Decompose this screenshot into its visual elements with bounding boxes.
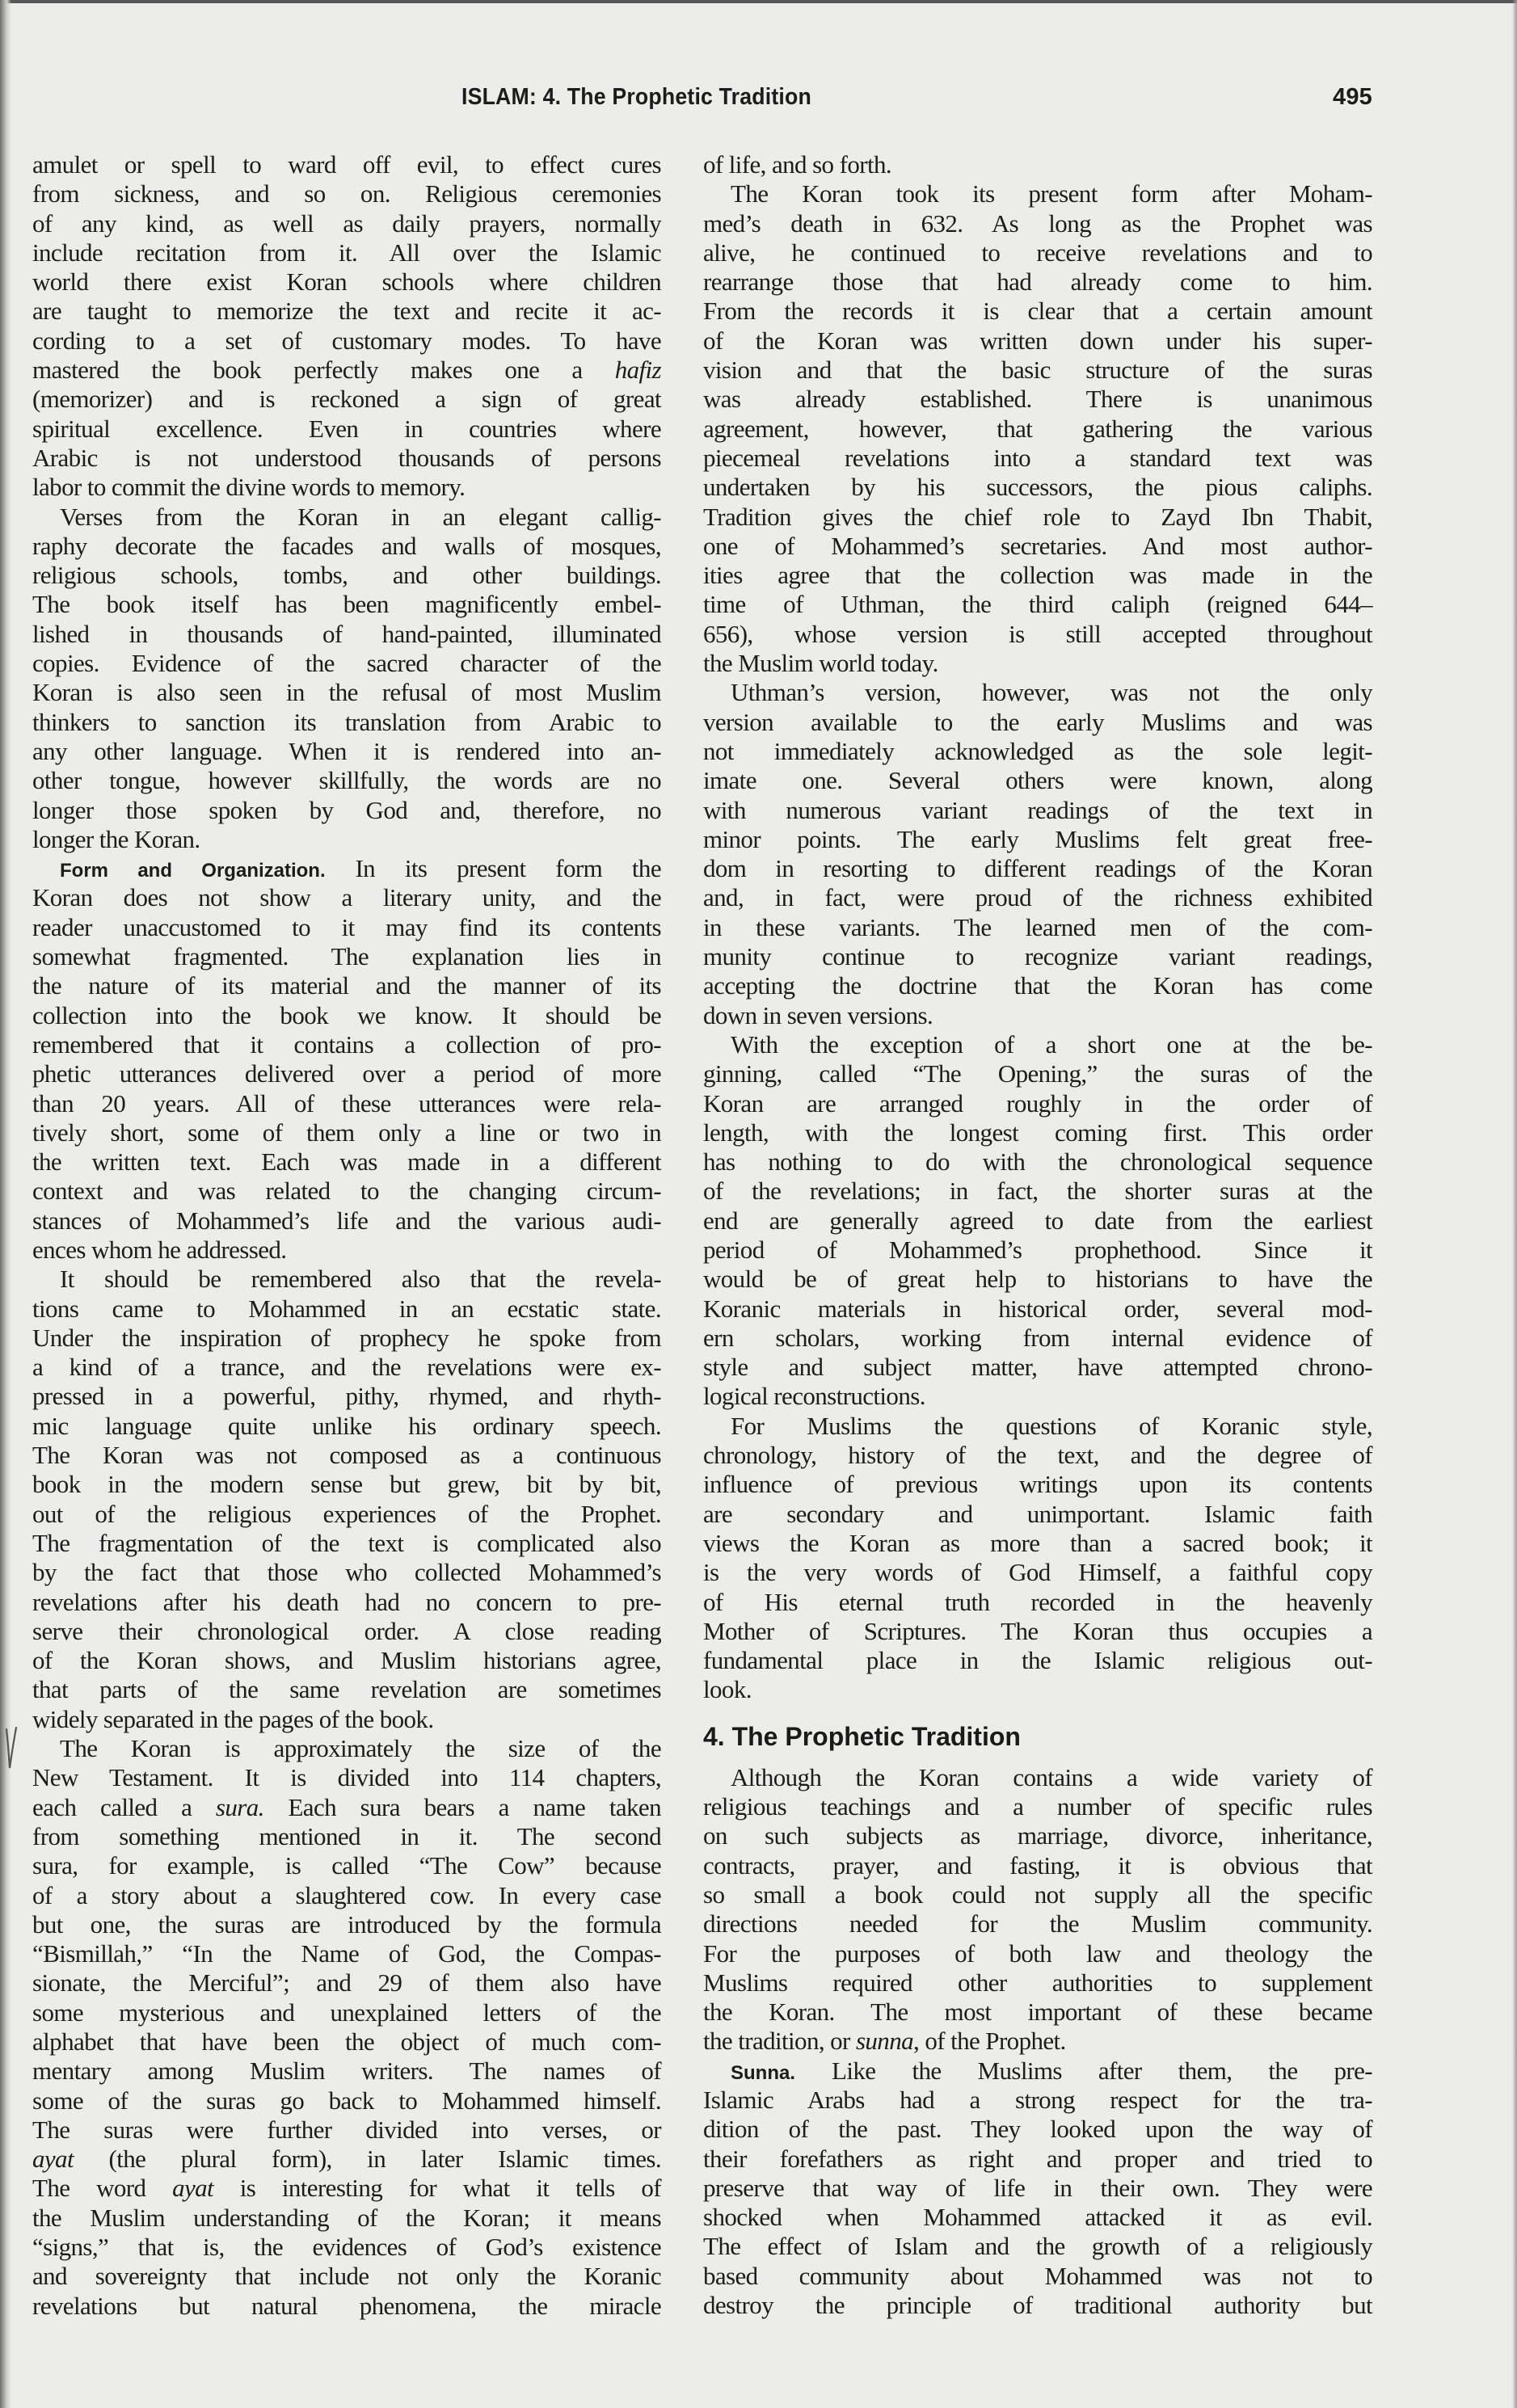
text-line: alphabet that have been the object of mu… [32, 2027, 661, 2056]
text-line: Islamic Arabs had a strong respect for t… [703, 2086, 1372, 2115]
text-run: In its present form the [326, 854, 661, 882]
text-line: (memorizer) and is reckoned a sign of gr… [32, 385, 661, 414]
text-line: sura, for example, is called “The Cow” b… [32, 1851, 661, 1880]
text-line: ern scholars, working from internal evid… [703, 1324, 1372, 1353]
right-column: of life, and so forth. The Koran took it… [703, 150, 1372, 2320]
text-line: views the Koran as more than a sacred bo… [703, 1529, 1372, 1558]
scan-edge-top [0, 0, 1517, 3]
text-line: of the revelations; in fact, the shorter… [703, 1177, 1372, 1206]
text-line: religious schools, tombs, and other buil… [32, 561, 661, 590]
text-line: The Koran is approximately the size of t… [32, 1734, 661, 1763]
text-line: some of the suras go back to Mohammed hi… [32, 2086, 661, 2115]
text-line: Sunna. Like the Muslims after them, the … [703, 2056, 1372, 2086]
text-line: The word ayat is interesting for what it… [32, 2174, 661, 2203]
text-line: the nature of its material and the manne… [32, 971, 661, 1000]
text-run: each called a [32, 1793, 216, 1821]
text-line: With the exception of a short one at the… [703, 1030, 1372, 1059]
text-line: cording to a set of customary modes. To … [32, 326, 661, 356]
text-line: of any kind, as well as daily prayers, n… [32, 209, 661, 238]
running-head-title: ISLAM: 4. The Prophetic Tradition [461, 84, 811, 111]
text-line: collection into the book we know. It sho… [32, 1001, 661, 1030]
text-line: Koran are arranged roughly in the order … [703, 1089, 1372, 1118]
text-line: the Koran. The most important of these b… [703, 1998, 1372, 2027]
left-column: amulet or spell to ward off evil, to eff… [32, 150, 661, 2321]
text-line: accepting the doctrine that the Koran ha… [703, 971, 1372, 1000]
text-line: version available to the early Muslims a… [703, 708, 1372, 737]
handwritten-check-mark-icon [5, 1726, 18, 1771]
page-number: 495 [1333, 84, 1372, 111]
text-line: dition of the past. They looked upon the… [703, 2115, 1372, 2144]
running-head: ISLAM: 4. The Prophetic Tradition 495 [0, 84, 1517, 116]
text-line: so small a book could not supply all the… [703, 1880, 1372, 1909]
text-line: raphy decorate the facades and walls of … [32, 532, 661, 561]
text-line: and, in fact, were proud of the richness… [703, 883, 1372, 912]
text-line: of life, and so forth. [703, 150, 1372, 179]
text-line: lished in thousands of hand-painted, ill… [32, 620, 661, 649]
text-line: their forefathers as right and proper an… [703, 2145, 1372, 2174]
term-hafiz: hafiz [615, 356, 661, 384]
text-line: agreement, however, that gathering the v… [703, 415, 1372, 444]
text-line: Arabic is not understood thousands of pe… [32, 444, 661, 473]
text-line: It should be remembered also that the re… [32, 1265, 661, 1294]
text-run: , of the Prophet. [913, 2027, 1066, 2055]
text-line: New Testament. It is divided into 114 ch… [32, 1763, 661, 1792]
text-line: For the purposes of both law and theolog… [703, 1939, 1372, 1968]
text-line: reader unaccustomed to it may find its c… [32, 913, 661, 942]
text-line: dom in resorting to different readings o… [703, 854, 1372, 883]
text-line: rearrange those that had already come to… [703, 267, 1372, 297]
text-line: on such subjects as marriage, divorce, i… [703, 1821, 1372, 1850]
text-line: Form and Organization. In its present fo… [32, 854, 661, 883]
text-line: the tradition, or sunna, of the Prophet. [703, 2027, 1372, 2056]
text-line: The Koran took its present form after Mo… [703, 179, 1372, 208]
text-line: mastered the book perfectly makes one a … [32, 356, 661, 385]
text-line: phetic utterances delivered over a perio… [32, 1059, 661, 1088]
text-line: of the Koran was written down under his … [703, 326, 1372, 356]
text-line: longer those spoken by God and, therefor… [32, 796, 661, 825]
text-line: ences whom he addressed. [32, 1236, 661, 1265]
text-line: down in seven versions. [703, 1001, 1372, 1030]
text-line: revelations after his death had no conce… [32, 1588, 661, 1617]
text-line: influence of previous writings upon its … [703, 1470, 1372, 1499]
text-line: The suras were further divided into vers… [32, 2115, 661, 2145]
subheading-form-and-organization: Form and Organization. [60, 860, 326, 882]
text-line: widely separated in the pages of the boo… [32, 1705, 661, 1734]
text-line: serve their chronological order. A close… [32, 1617, 661, 1646]
text-line: shocked when Mohammed attacked it as evi… [703, 2203, 1372, 2232]
text-line: copies. Evidence of the sacred character… [32, 649, 661, 678]
text-line: “Bismillah,” “In the Name of God, the Co… [32, 1939, 661, 1968]
text-line: other tongue, however skillfully, the wo… [32, 766, 661, 795]
text-line: contracts, prayer, and fasting, it is ob… [703, 1851, 1372, 1880]
text-line: length, with the longest coming first. T… [703, 1118, 1372, 1147]
text-line: of the Koran shows, and Muslim historian… [32, 1646, 661, 1675]
text-line: chronology, history of the text, and the… [703, 1441, 1372, 1470]
scan-edge-left [0, 0, 11, 2408]
text-line: style and subject matter, have attempted… [703, 1353, 1372, 1382]
text-line: imate one. Several others were known, al… [703, 766, 1372, 795]
text-line: than 20 years. All of these utterances w… [32, 1089, 661, 1118]
text-line: any other language. When it is rendered … [32, 737, 661, 766]
text-line: ginning, called “The Opening,” the suras… [703, 1059, 1372, 1088]
text-line: world there exist Koran schools where ch… [32, 267, 661, 297]
text-line: piecemeal revelations into a standard te… [703, 444, 1372, 473]
text-run: the tradition, or [703, 2027, 856, 2055]
text-line: out of the religious experiences of the … [32, 1500, 661, 1529]
text-line: fundamental place in the Islamic religio… [703, 1646, 1372, 1675]
text-line: from something mentioned in it. The seco… [32, 1822, 661, 1851]
text-line: undertaken by his successors, the pious … [703, 473, 1372, 502]
text-line: “signs,” that is, the evidences of God’s… [32, 2233, 661, 2262]
text-line: pressed in a powerful, pithy, rhymed, an… [32, 1382, 661, 1411]
text-run: mastered the book perfectly makes one a [32, 356, 615, 384]
text-line: Muslims required other authorities to su… [703, 1968, 1372, 1998]
text-line: revelations but natural phenomena, the m… [32, 2292, 661, 2321]
term-sura: sura. [216, 1793, 264, 1821]
text-line: of a story about a slaughtered cow. In e… [32, 1881, 661, 1910]
text-line: Koranic materials in historical order, s… [703, 1295, 1372, 1324]
text-line: religious teachings and a number of spec… [703, 1792, 1372, 1821]
text-run: The word [32, 2174, 172, 2202]
text-line: some mysterious and unexplained letters … [32, 1998, 661, 2027]
text-line: the written text. Each was made in a dif… [32, 1147, 661, 1177]
text-line: period of Mohammed’s prophethood. Since … [703, 1236, 1372, 1265]
term-ayat: ayat [32, 2145, 74, 2173]
text-line: is the very words of God Himself, a fait… [703, 1558, 1372, 1587]
text-line: would be of great help to historians to … [703, 1265, 1372, 1294]
text-line: mic language quite unlike his ordinary s… [32, 1412, 661, 1441]
text-line: directions needed for the Muslim communi… [703, 1909, 1372, 1939]
text-line: but one, the suras are introduced by the… [32, 1910, 661, 1939]
text-line: of His eternal truth recorded in the hea… [703, 1588, 1372, 1617]
text-line: longer the Koran. [32, 825, 661, 854]
text-line: ities agree that the collection was made… [703, 561, 1372, 590]
text-line: med’s death in 632. As long as the Proph… [703, 209, 1372, 238]
text-line: The book itself has been magnificently e… [32, 590, 661, 619]
text-line: preserve that way of life in their own. … [703, 2174, 1372, 2203]
text-line: logical reconstructions. [703, 1382, 1372, 1411]
text-line: book in the modern sense but grew, bit b… [32, 1470, 661, 1499]
text-line: alive, he continued to receive revelatio… [703, 238, 1372, 267]
text-line: Uthman’s version, however, was not the o… [703, 678, 1372, 707]
text-line: mentary among Muslim writers. The names … [32, 2056, 661, 2086]
text-line: from sickness, and so on. Religious cere… [32, 179, 661, 208]
text-line: that parts of the same revelation are so… [32, 1675, 661, 1704]
text-line: Koran is also seen in the refusal of mos… [32, 678, 661, 707]
text-line: minor points. The early Muslims felt gre… [703, 825, 1372, 854]
text-run: Like the Muslims after them, the pre- [795, 2056, 1372, 2085]
text-line: somewhat fragmented. The explanation lie… [32, 942, 661, 971]
text-line: and sovereignty that include not only th… [32, 2262, 661, 2291]
text-line: are secondary and unimportant. Islamic f… [703, 1500, 1372, 1529]
text-line: include recitation from it. All over the… [32, 238, 661, 267]
text-line: by the fact that those who collected Moh… [32, 1558, 661, 1587]
text-run: is interesting for what it tells of [213, 2174, 661, 2202]
subheading-sunna: Sunna. [731, 2062, 795, 2084]
section-heading-prophetic-tradition: 4. The Prophetic Tradition [703, 1715, 1372, 1758]
text-line: The fragmentation of the text is complic… [32, 1529, 661, 1558]
text-line: ayat (the plural form), in later Islamic… [32, 2145, 661, 2174]
text-line: The effect of Islam and the growth of a … [703, 2232, 1372, 2261]
text-line: vision and that the basic structure of t… [703, 356, 1372, 385]
text-line: based community about Mohammed was not t… [703, 2262, 1372, 2291]
text-line: tions came to Mohammed in an ecstatic st… [32, 1295, 661, 1324]
text-line: was already established. There is unanim… [703, 385, 1372, 414]
text-line: The Koran was not composed as a continuo… [32, 1441, 661, 1470]
text-line: Tradition gives the chief role to Zayd I… [703, 503, 1372, 532]
text-line: has nothing to do with the chronological… [703, 1147, 1372, 1177]
text-line: context and was related to the changing … [32, 1177, 661, 1206]
text-line: labor to commit the divine words to memo… [32, 473, 661, 502]
text-line: spiritual excellence. Even in countries … [32, 415, 661, 444]
text-line: Verses from the Koran in an elegant call… [32, 503, 661, 532]
text-line: sionate, the Merciful”; and 29 of them a… [32, 1968, 661, 1998]
text-line: tively short, some of them only a line o… [32, 1118, 661, 1147]
text-line: Koran does not show a literary unity, an… [32, 883, 661, 912]
text-line: munity continue to recognize variant rea… [703, 942, 1372, 971]
text-line: the Muslim world today. [703, 649, 1372, 678]
text-line: with numerous variant readings of the te… [703, 796, 1372, 825]
text-line: Although the Koran contains a wide varie… [703, 1763, 1372, 1792]
text-run: Each sura bears a name taken [264, 1793, 661, 1821]
text-line: not immediately acknowledged as the sole… [703, 737, 1372, 766]
text-line: From the records it is clear that a cert… [703, 297, 1372, 326]
text-line: time of Uthman, the third caliph (reigne… [703, 590, 1372, 619]
text-line: amulet or spell to ward off evil, to eff… [32, 150, 661, 179]
term-sunna: sunna [856, 2027, 913, 2055]
text-line: 656), whose version is still accepted th… [703, 620, 1372, 649]
text-line: each called a sura. Each sura bears a na… [32, 1793, 661, 1822]
scan-edge-right [1512, 0, 1517, 2408]
text-line: in these variants. The learned men of th… [703, 913, 1372, 942]
text-line: thinkers to sanction its translation fro… [32, 708, 661, 737]
text-line: remembered that it contains a collection… [32, 1030, 661, 1059]
text-line: Mother of Scriptures. The Koran thus occ… [703, 1617, 1372, 1646]
text-line: one of Mohammed’s secretaries. And most … [703, 532, 1372, 561]
text-line: look. [703, 1675, 1372, 1704]
text-line: are taught to memorize the text and reci… [32, 297, 661, 326]
text-line: a kind of a trance, and the revelations … [32, 1353, 661, 1382]
text-line: end are generally agreed to date from th… [703, 1206, 1372, 1236]
text-line: the Muslim understanding of the Koran; i… [32, 2204, 661, 2233]
text-line: For Muslims the questions of Koranic sty… [703, 1412, 1372, 1441]
text-line: Under the inspiration of prophecy he spo… [32, 1324, 661, 1353]
term-ayat: ayat [172, 2174, 213, 2202]
text-line: stances of Mohammed’s life and the vario… [32, 1206, 661, 1236]
text-line: destroy the principle of traditional aut… [703, 2291, 1372, 2320]
text-run: (the plural form), in later Islamic time… [74, 2145, 661, 2173]
